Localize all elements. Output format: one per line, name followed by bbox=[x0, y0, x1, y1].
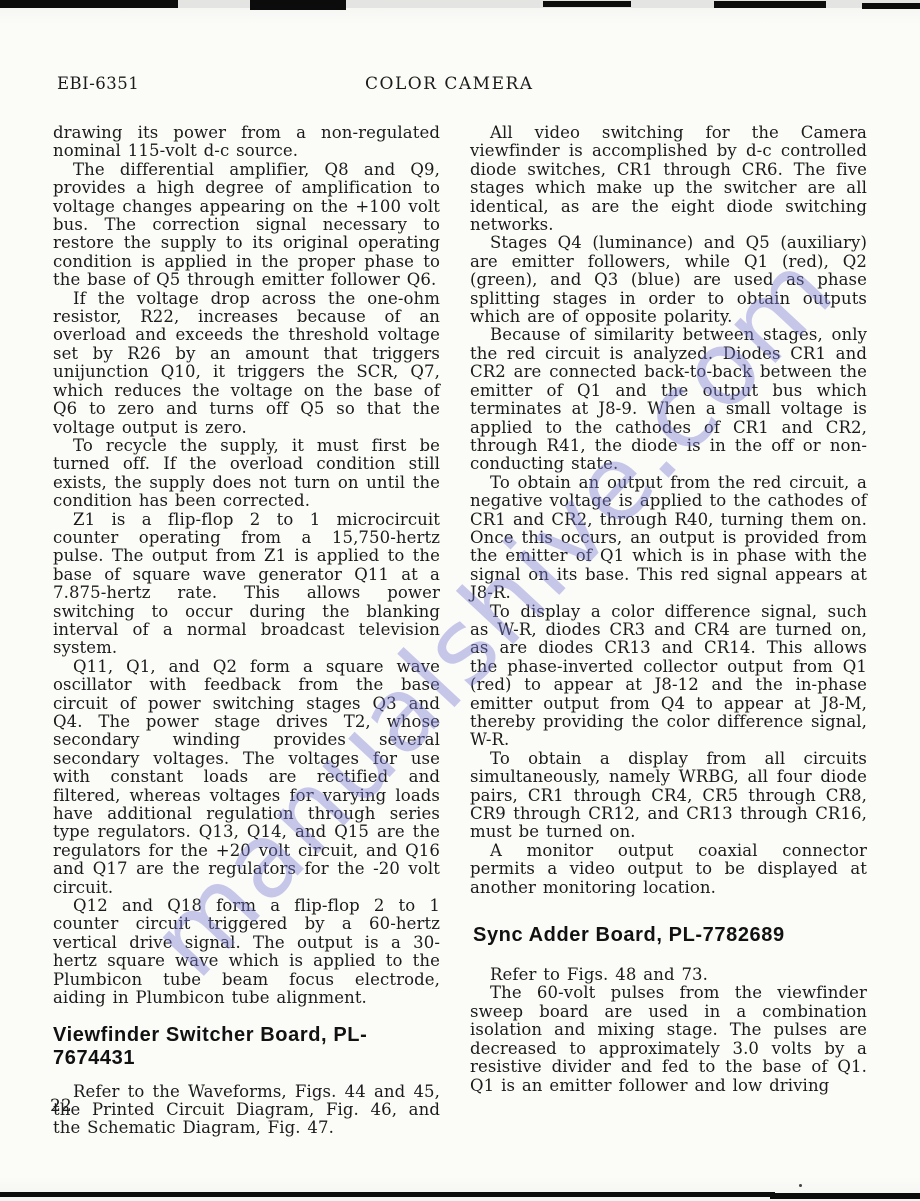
scan-artifact-bar bbox=[543, 1, 631, 7]
page-title: COLOR CAMERA bbox=[365, 74, 534, 94]
right-column: All video switching for the Camera viewf… bbox=[470, 124, 867, 1095]
paragraph: All video switching for the Camera viewf… bbox=[470, 124, 867, 234]
scan-artifact-bar bbox=[0, 0, 178, 8]
paragraph: If the voltage drop across the one-ohm r… bbox=[53, 290, 440, 437]
paragraph: A monitor output coaxial connector permi… bbox=[470, 842, 867, 897]
scan-artifact-bar bbox=[714, 1, 826, 8]
paragraph: Z1 is a flip-flop 2 to 1 microcircuit co… bbox=[53, 511, 440, 658]
scan-artifact-bar bbox=[770, 1193, 920, 1199]
paragraph: To obtain an output from the red circuit… bbox=[470, 474, 867, 603]
paragraph: drawing its power from a non-regulated n… bbox=[53, 124, 440, 161]
paragraph: Refer to the Waveforms, Figs. 44 and 45,… bbox=[53, 1083, 440, 1138]
paragraph: To obtain a display from all circuits si… bbox=[470, 750, 867, 842]
page-number: 22 bbox=[50, 1096, 72, 1116]
paragraph: To display a color difference signal, su… bbox=[470, 603, 867, 750]
header-doc-number: EBI-6351 bbox=[57, 74, 139, 93]
section-heading-sync-adder-board: Sync Adder Board, PL-7782689 bbox=[473, 924, 867, 947]
left-column: drawing its power from a non-regulated n… bbox=[53, 124, 440, 1138]
paragraph: The 60-volt pulses from the viewfinder s… bbox=[470, 984, 867, 1094]
paragraph: Stages Q4 (luminance) and Q5 (auxiliary)… bbox=[470, 234, 867, 326]
scan-artifact-bar bbox=[250, 0, 346, 10]
paragraph: Q12 and Q18 form a flip-flop 2 to 1 coun… bbox=[53, 897, 440, 1007]
scan-speck bbox=[799, 1184, 802, 1187]
paragraph: Refer to Figs. 48 and 73. bbox=[470, 966, 867, 984]
section-heading-viewfinder-switcher-board: Viewfinder Switcher Board, PL-7674431 bbox=[53, 1024, 440, 1070]
paragraph: Because of similarity between stages, on… bbox=[470, 326, 867, 473]
scan-artifact-bar bbox=[0, 1192, 775, 1197]
paragraph: Q11, Q1, and Q2 form a square wave oscil… bbox=[53, 658, 440, 897]
paragraph: To recycle the supply, it must first be … bbox=[53, 437, 440, 511]
paragraph: The differential amplifier, Q8 and Q9, p… bbox=[53, 161, 440, 290]
scan-artifact-bar bbox=[862, 3, 920, 9]
scanned-manual-page: { "header": { "doc_number": "EBI-6351", … bbox=[0, 0, 920, 1201]
